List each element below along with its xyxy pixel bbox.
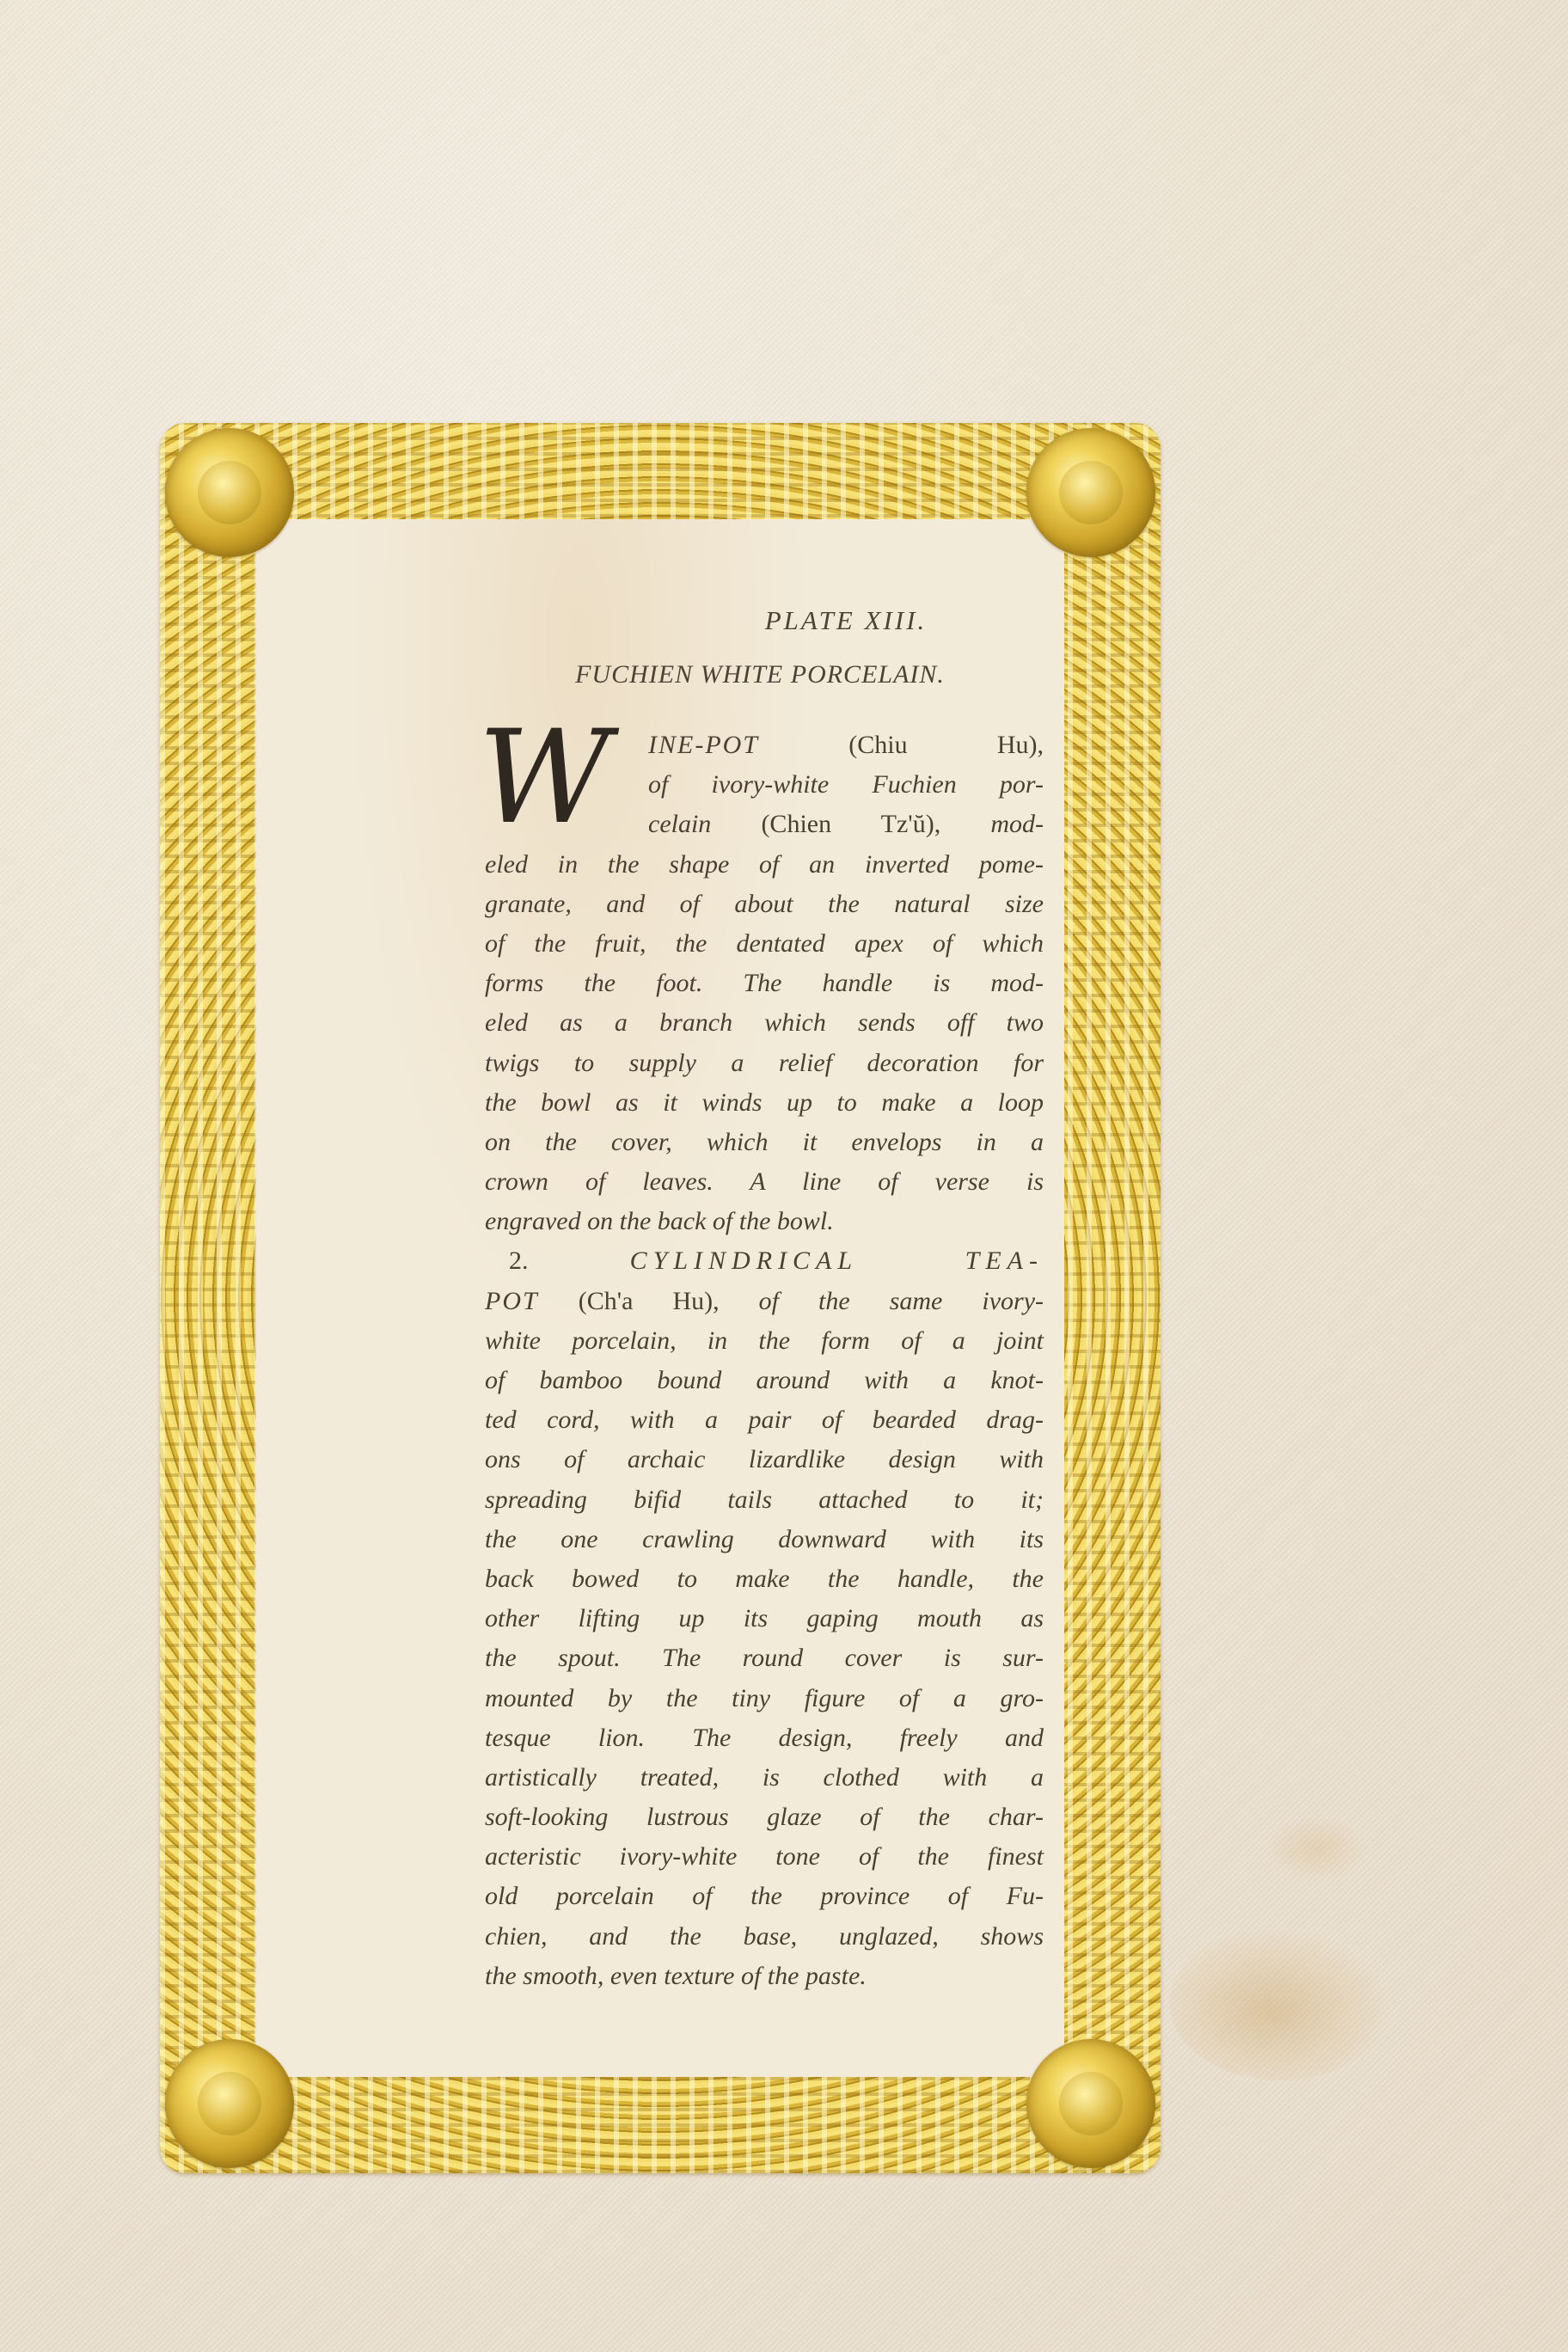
text-line: white porcelain, in the form of a joint [485,1321,1044,1361]
text-line: granate, and of about the natural size [485,885,1044,924]
text-line: spreading bifid tails attached to it; [485,1480,1044,1520]
text-line: the smooth, even texture of the paste. [485,1957,1044,1996]
text-line: INE-POT (Chiu Hu), [648,726,1044,765]
text-line: ted cord, with a pair of bearded drag- [485,1400,1044,1440]
foxing-stain [1169,1926,1393,2080]
text-line: back bowed to make the handle, the [485,1559,1044,1599]
text-line: of bamboo bound around with a knot- [485,1361,1044,1400]
text-line: twigs to supply a relief decoration for [485,1044,1044,1083]
entry-body: W INE-POT (Chiu Hu), of ivory-white Fuch… [485,726,1044,1996]
text-line: on the cover, which it envelops in a [485,1123,1044,1162]
text-line: the bowl as it winds up to make a loop [485,1083,1044,1123]
text-line: old porcelain of the province of Fu- [485,1877,1044,1916]
drop-cap: W [478,722,610,834]
gilt-lace-frame: PLATE XIII. FUCHIEN WHITE PORCELAIN. W I… [160,423,1161,2173]
text-line: ons of archaic lizardlike design with [485,1440,1044,1479]
text-line: acteristic ivory-white tone of the fines… [485,1837,1044,1877]
text-line: of ivory-white Fuchien por- [648,765,1044,805]
text-card: PLATE XIII. FUCHIEN WHITE PORCELAIN. W I… [256,519,1064,2077]
plate-title: FUCHIEN WHITE PORCELAIN. [476,660,1044,689]
text-line: tesque lion. The design, freely and [485,1718,1044,1758]
text-line: POT (Ch'a Hu), of the same ivory- [485,1282,1044,1321]
text-line: the one crawling downward with its [485,1520,1044,1559]
text-line: celain (Chien Tz'ŭ), mod- [648,805,1044,844]
corner-rosette-icon [165,428,294,557]
text-line: engraved on the back of the bowl. [485,1202,1044,1241]
corner-rosette-icon [165,2039,294,2168]
plate-number: PLATE XIII. [648,605,1044,636]
text-line: artistically treated, is clothed with a [485,1758,1044,1798]
corner-rosette-icon [1026,428,1155,557]
text-line: chien, and the base, unglazed, shows [485,1917,1044,1957]
text-line: mounted by the tiny figure of a gro- [485,1679,1044,1718]
text-line: eled as a branch which sends off two [485,1003,1044,1043]
text-line: other lifting up its gaping mouth as [485,1599,1044,1638]
corner-rosette-icon [1026,2039,1155,2168]
text-line: forms the foot. The handle is mod- [485,964,1044,1003]
text-line: of the fruit, the dentated apex of which [485,924,1044,964]
text-line: the spout. The round cover is sur- [485,1638,1044,1678]
text-line: crown of leaves. A line of verse is [485,1162,1044,1202]
text-line: soft-looking lustrous glaze of the char- [485,1798,1044,1837]
foxing-stain-small [1264,1814,1367,1883]
entry-heading: 2. CYLINDRICAL TEA- [509,1241,1044,1281]
